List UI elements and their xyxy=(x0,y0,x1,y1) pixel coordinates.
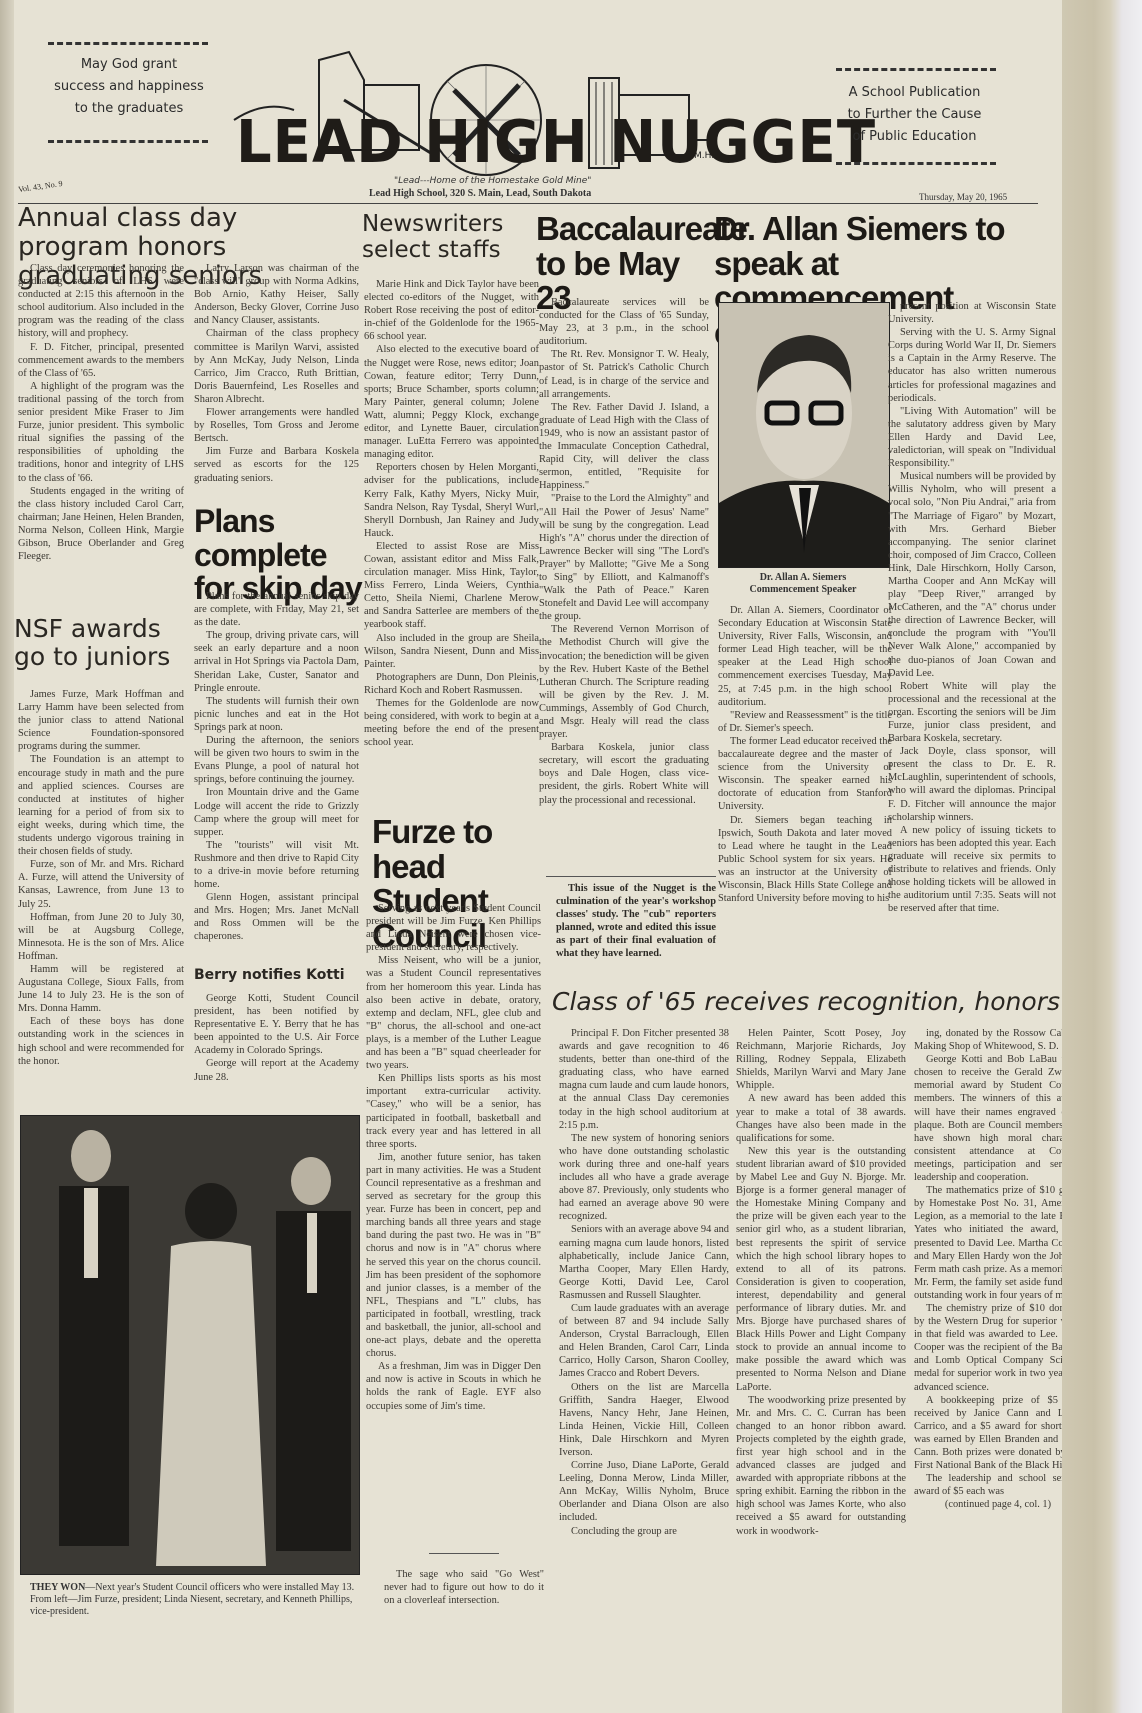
article-newswriters: Marie Hink and Dick Taylor have been ele… xyxy=(364,278,539,749)
right-ear-rule-bottom xyxy=(836,162,996,165)
editor-box-rule xyxy=(546,876,716,877)
school-address: Lead High School, 320 S. Main, Lead, Sou… xyxy=(369,188,591,199)
right-ear-line: to Further the Cause xyxy=(822,104,1007,126)
right-ear-line: of Public Education xyxy=(822,126,1007,148)
right-ear-rule-top xyxy=(836,68,996,71)
article-recognition-col2: Helen Painter, Scott Posey, Joy Reichman… xyxy=(736,1027,906,1538)
volume-number: Vol. 43, No. 9 xyxy=(18,179,64,194)
siemers-portrait-photo xyxy=(718,302,890,568)
article-siemers-col2: present position at Wisconsin State Univ… xyxy=(888,300,1056,915)
siemers-photo-caption: Dr. Allan A. Siemers Commencement Speake… xyxy=(718,572,888,596)
article-class-day-col2: Larry Larson was chairman of the "class … xyxy=(194,262,359,485)
left-ear-rule-bottom xyxy=(48,140,208,143)
article-skip-day: Plans for the annual senior skip day are… xyxy=(194,590,359,944)
newspaper-page: May God grant success and happiness to t… xyxy=(14,0,1064,1713)
masthead-title: LEAD HIGH NUGGET xyxy=(236,108,876,176)
three-people-figures-icon xyxy=(21,1116,359,1574)
article-berry: George Kotti, Student Council president,… xyxy=(194,992,359,1084)
book-binding-edge xyxy=(1062,0,1142,1713)
left-ear-line: success and happiness xyxy=(44,76,214,98)
article-furze: Serving as next year's Student Council p… xyxy=(366,902,541,1413)
right-ear-line: A School Publication xyxy=(822,82,1007,104)
portrait-man-glasses-icon xyxy=(719,303,889,567)
left-ear: May God grant success and happiness to t… xyxy=(44,54,214,120)
headline-nsf: NSF awards go to juniors xyxy=(14,615,184,671)
issue-date: Thursday, May 20, 1965 xyxy=(919,192,1007,202)
article-nsf: James Furze, Mark Hoffman and Larry Hamm… xyxy=(18,688,184,1068)
left-ear-line: May God grant xyxy=(44,54,214,76)
headline-newswriters: Newswriters select staffs xyxy=(362,212,542,264)
article-recognition-col3: ing, donated by the Rossow Cabinet Makin… xyxy=(914,1027,1082,1511)
student-council-photo xyxy=(20,1115,360,1575)
article-class-day-col1: Class day ceremonies honoring the gradua… xyxy=(18,262,184,563)
article-baccalaureate: Baccalaureate services will be conducted… xyxy=(539,296,709,807)
article-recognition-col1: Principal F. Don Fitcher presented 38 aw… xyxy=(559,1027,729,1538)
filler-go-west: The sage who said "Go West" never had to… xyxy=(384,1568,544,1607)
filler-divider xyxy=(429,1553,499,1554)
right-ear: A School Publication to Further the Caus… xyxy=(822,82,1007,148)
masthead-motto: "Lead---Home of the Homestake Gold Mine" xyxy=(394,176,591,186)
editor-note-box: This issue of the Nugget is the culminat… xyxy=(556,882,716,961)
continued-jump-line[interactable]: (continued page 4, col. 1) xyxy=(914,1498,1082,1511)
headline-berry: Berry notifies Kotti xyxy=(194,968,345,984)
left-ear-line: to the graduates xyxy=(44,98,214,120)
headline-recognition: Class of '65 receives recognition, honor… xyxy=(552,988,1072,1016)
photo-caption-council: THEY WON—Next year's Student Council off… xyxy=(30,1582,360,1618)
left-ear-rule-top xyxy=(48,42,208,45)
article-siemers-col1: Dr. Allan A. Siemers, Coordinator of Sec… xyxy=(718,604,892,905)
